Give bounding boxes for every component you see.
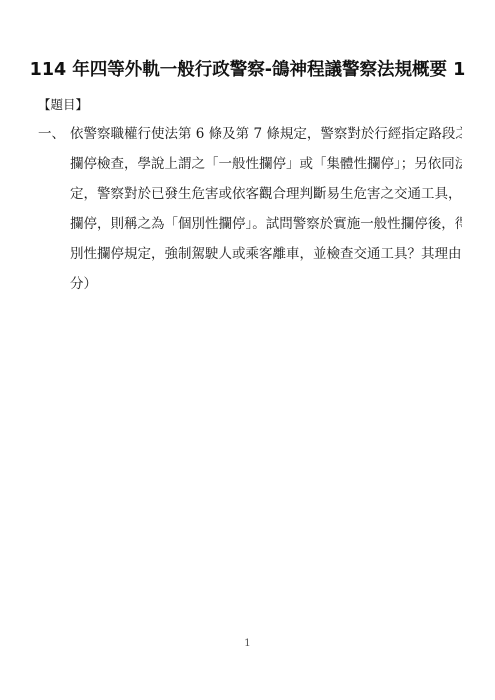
question-line: 攔停檢查，學說上謂之「一般性攔停」或「集體性攔停」；另依同法第 8 條規 [70, 149, 462, 179]
question-line: 定，警察對於已發生危害或依客觀合理判斷易生危害之交通工具，亦得予以 [70, 179, 462, 209]
document-page: 114 年四等外軌一般行政警察-鴿神程議警察法規概要 1 【題目】 一、 依警察… [0, 0, 495, 700]
question-text: 依警察職權行使法第 6 條及第 7 條規定，警察對於行經指定路段之車輛實施 攔停… [70, 119, 462, 299]
section-label: 【題目】 [38, 97, 495, 112]
question-number-marker: 一、 [38, 119, 70, 149]
document-title: 114 年四等外軌一般行政警察-鴿神程議警察法規概要 1 [0, 0, 495, 83]
question-block: 一、 依警察職權行使法第 6 條及第 7 條規定，警察對於行經指定路段之車輛實施… [38, 119, 462, 299]
question-line: 別性攔停規定，強制駕駛人或乘客離車，並檢查交通工具？其理由為何？（25 [70, 239, 462, 269]
question-line: 分） [70, 269, 462, 299]
page-number: 1 [0, 637, 495, 649]
question-line: 依警察職權行使法第 6 條及第 7 條規定，警察對於行經指定路段之車輛實施 [70, 119, 462, 149]
question-line: 攔停，則稱之為「個別性攔停」。試問警察於實施一般性攔停後，得否另依個 [70, 209, 462, 239]
